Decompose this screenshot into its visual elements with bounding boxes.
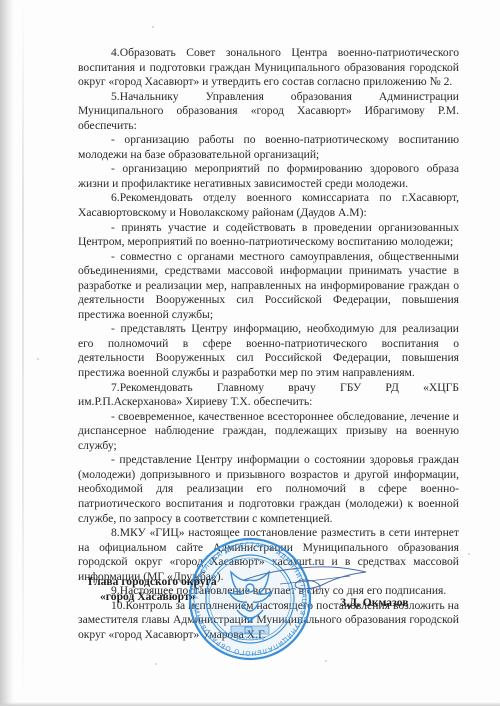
- scan-speck: [468, 553, 470, 555]
- paragraph-subitem: - представление Центру информации о сост…: [78, 453, 459, 526]
- paragraph-subitem: - своевременное, качественное всесторонн…: [78, 410, 459, 454]
- handwritten-signature: [240, 558, 370, 598]
- signature-title: Глава городского округа «город Хасавюрт»: [88, 575, 217, 604]
- paragraph-item-6: 6.Рекомендовать отделу военного комиссар…: [78, 191, 459, 220]
- page-fold-line: [22, 0, 24, 706]
- scan-speck: [155, 663, 157, 665]
- page-bottom-shadow: [0, 702, 500, 706]
- signature-title-line2: «город Хасавюрт»: [88, 590, 217, 605]
- page-edge-shadow: [0, 0, 14, 706]
- signer-name: З.Д. Окмазов: [340, 596, 408, 609]
- signature-title-line1: Глава городского округа: [88, 575, 217, 590]
- scan-speck: [325, 660, 327, 662]
- scan-speck: [37, 358, 39, 360]
- svg-text:1020500000: 1020500000: [236, 636, 265, 642]
- paragraph-subitem: - организацию мероприятий по формировани…: [78, 162, 459, 191]
- paragraph-subitem: - принять участие и содействовать в пров…: [78, 221, 459, 250]
- paragraph-subitem: - совместно с органами местного самоупра…: [78, 250, 459, 323]
- paragraph-subitem: - представлять Центру информацию, необхо…: [78, 322, 459, 380]
- paragraph-item-4: 4.Образовать Совет зонального Центра вое…: [78, 46, 459, 90]
- scan-speck: [152, 26, 154, 28]
- paragraph-item-7: 7.Рекомендовать Главному врачу ГБУ РД «Х…: [78, 381, 459, 410]
- paragraph-subitem: - организацию работы по военно-патриотич…: [78, 133, 459, 162]
- paragraph-item-5: 5.Начальнику Управления образования Адми…: [78, 90, 459, 134]
- scanned-document-page: 4.Образовать Совет зонального Центра вое…: [0, 0, 500, 706]
